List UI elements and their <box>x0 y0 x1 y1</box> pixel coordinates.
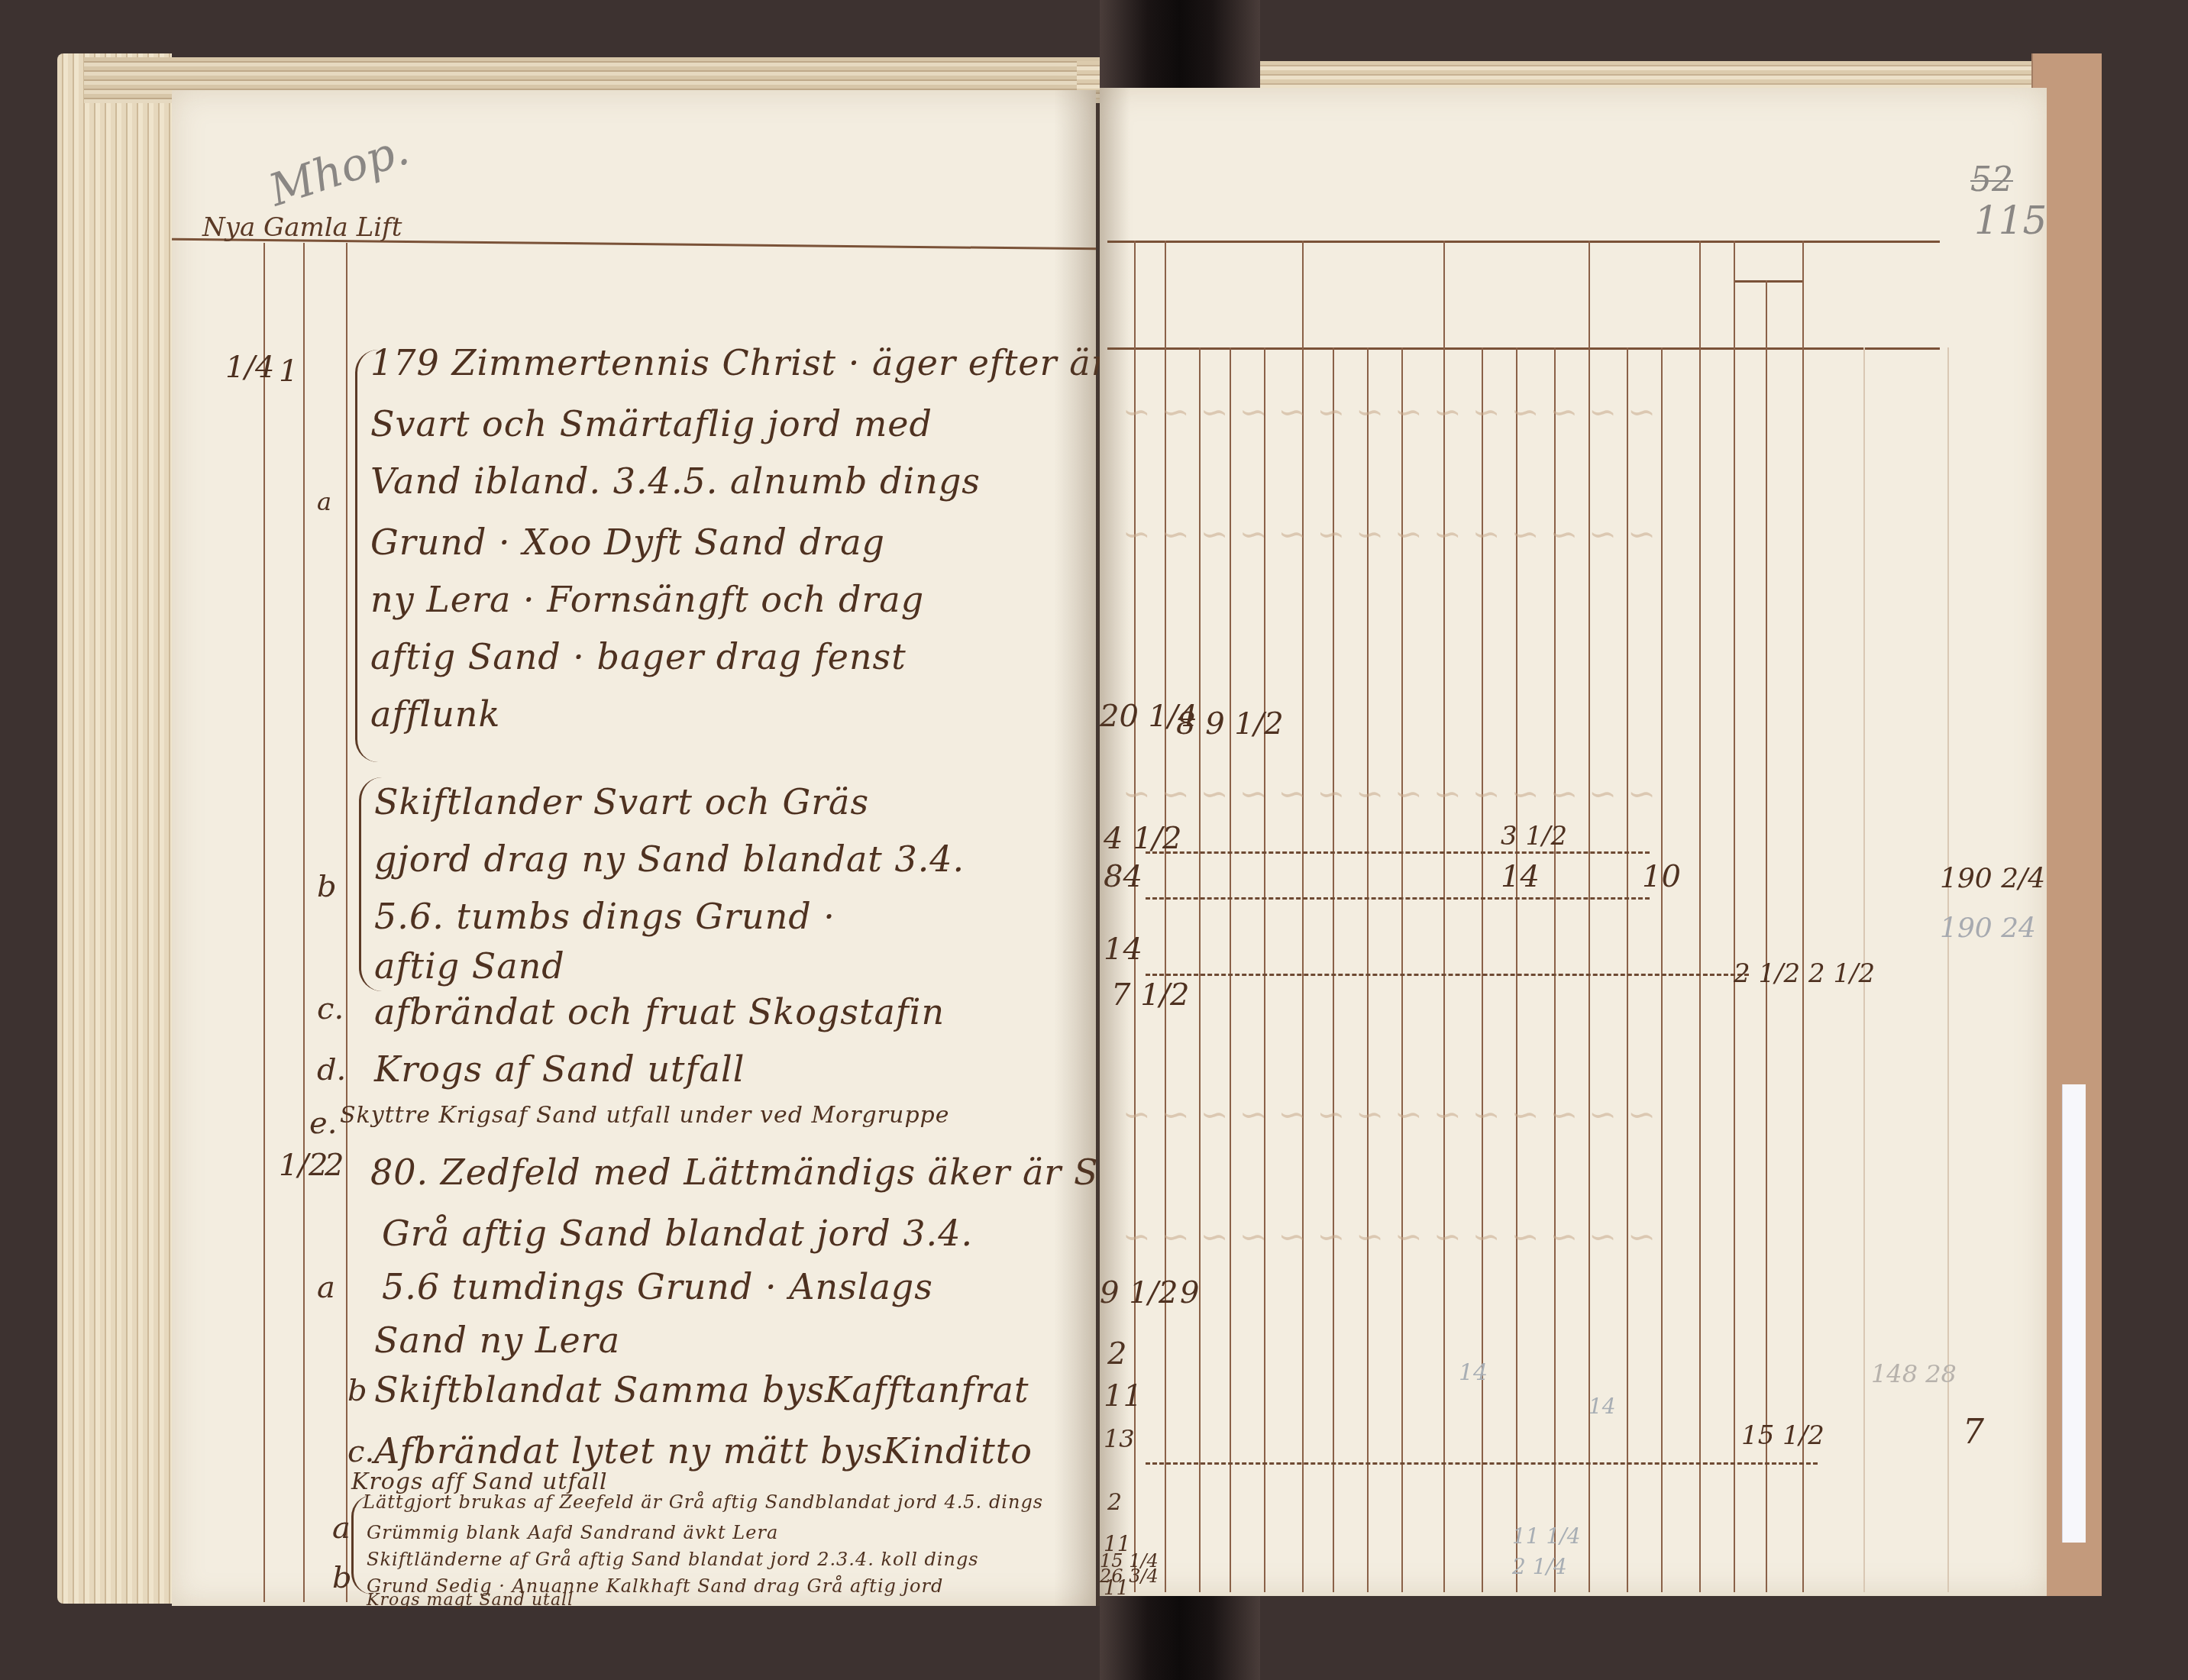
column-rule <box>1802 241 1804 1592</box>
folio-number-2: 115 <box>1974 199 2047 243</box>
folio-number: 52 <box>1970 160 2013 199</box>
column-number: 1 <box>279 354 298 389</box>
header-rule-top <box>1107 241 1940 243</box>
bleed-through: ~ ~ ~ ~ ~ ~ ~ ~ ~ ~ ~ ~ ~ ~ <box>1123 1218 1656 1257</box>
amount: 14 <box>1501 859 1540 894</box>
text-line: Skiftblandat Samma bysKafftanfrat <box>374 1369 1029 1410</box>
margin-total: 7 <box>1963 1413 1984 1452</box>
gutter-shadow <box>1100 88 1130 1596</box>
text-line: Grå aftig Sand blandat jord 3.4. <box>382 1213 973 1254</box>
text-line: gjord drag ny Sand blandat 3.4. <box>374 838 965 880</box>
leader-line <box>1146 851 1650 854</box>
bleed-through: ~ ~ ~ ~ ~ ~ ~ ~ ~ ~ ~ ~ ~ ~ <box>1123 515 1656 554</box>
left-page: Mhop. Nya Gamla Lift 1/4 1 a 179 Zimmert… <box>172 90 1096 1606</box>
sub-label: b <box>317 869 337 904</box>
text-line: afflunk <box>370 693 500 735</box>
bleed-through: ~ ~ ~ ~ ~ ~ ~ ~ ~ ~ ~ ~ ~ ~ <box>1123 1096 1656 1135</box>
column-rule <box>1443 241 1445 1592</box>
text-line: Lättgjort brukas af Zeefeld är Grå aftig… <box>363 1491 1043 1513</box>
page-edges-left <box>57 53 172 1604</box>
text-line: Grund · Xoo Dyft Sand drag <box>370 522 885 563</box>
column-rule <box>1302 241 1304 1592</box>
text-line: Vand ibland. 3.4.5. alnumb dings <box>370 460 981 502</box>
column-header: Nya Gamla Lift <box>202 212 402 243</box>
text-line: 5.6. tumbs dings Grund · <box>374 896 835 937</box>
leader-line <box>1146 897 1650 900</box>
amount: 9 <box>1180 1275 1199 1310</box>
pencil-amount: 14 <box>1459 1359 1488 1386</box>
bleed-through: ~ ~ ~ ~ ~ ~ ~ ~ ~ ~ ~ ~ ~ ~ <box>1123 393 1656 432</box>
amount: 2 1/2 2 1/2 <box>1734 958 1875 989</box>
text-line: 179 Zimmertennis Christ · äger efter är <box>370 342 1109 383</box>
pencil-amount: 2 1/4 <box>1512 1554 1567 1579</box>
text-line: 5.6 tumdings Grund · Anslags <box>382 1266 933 1307</box>
leader-line <box>1146 1462 1818 1465</box>
text-line: Skyttre Krigsaf Sand utfall under ved Mo… <box>340 1102 950 1129</box>
column-rule <box>1699 241 1701 1592</box>
column-rule <box>263 243 265 1602</box>
sub-label: a <box>332 1510 351 1546</box>
sub-label: b <box>332 1560 352 1595</box>
header-rule-bottom <box>1107 347 1940 350</box>
gutter-shadow <box>1054 90 1100 1606</box>
sub-label: d. <box>317 1052 346 1087</box>
amount: 8 9 1/2 <box>1176 706 1284 741</box>
column-rule <box>303 243 305 1602</box>
text-line: afbrändat och fruat Skogstafin <box>374 991 945 1032</box>
text-line: Skiftlander Svart och Gräs <box>374 781 869 822</box>
column-rule <box>1734 241 1735 1592</box>
text-line: Sand ny Lera <box>374 1320 620 1361</box>
header-box-rule <box>1734 280 1802 283</box>
margin-total: 190 24 <box>1940 913 2036 944</box>
text-line: Grümmig blank Aafd Sandrand ävkt Lera <box>367 1522 778 1543</box>
sub-label: c. <box>317 991 344 1026</box>
text-line: Svart och Smärtaflig jord med <box>370 403 932 444</box>
column-rule <box>1588 241 1590 1592</box>
text-line: aftig Sand <box>374 945 565 987</box>
text-line: ny Lera · Fornsängft och drag <box>370 579 924 620</box>
sub-label: e. <box>309 1106 337 1141</box>
amount: 3 1/2 <box>1501 821 1567 851</box>
column-rule <box>1165 241 1166 1592</box>
fraction: 1/4 <box>225 350 274 385</box>
amount: 10 <box>1642 859 1681 894</box>
leader-line <box>1146 974 1749 976</box>
right-page: 52 115 ~ ~ ~ ~ ~ ~ ~ ~ ~ ~ ~ ~ ~ ~ ~ ~ ~… <box>1100 88 2047 1596</box>
sub-label: b <box>347 1373 367 1408</box>
margin-total: 148 28 <box>1871 1359 1957 1388</box>
pencil-amount: 11 1/4 <box>1512 1523 1581 1549</box>
text-line: Skiftländerne af Grå aftig Sand blandat … <box>367 1549 979 1570</box>
bleed-through: ~ ~ ~ ~ ~ ~ ~ ~ ~ ~ ~ ~ ~ ~ <box>1123 775 1656 814</box>
pencil-note: Mhop. <box>263 123 415 217</box>
faint-rule <box>1947 347 1949 1592</box>
column-number: 2 <box>325 1148 344 1183</box>
amount: 15 1/2 <box>1741 1420 1824 1451</box>
text-line: Krogs af Sand utfall <box>374 1048 745 1090</box>
inserted-slip <box>2062 1084 2086 1543</box>
sub-label: a <box>317 487 331 516</box>
column-rule <box>1661 347 1663 1592</box>
text-line: aftig Sand · bager drag fenst <box>370 636 907 677</box>
text-line: Krogs magt Sand utall <box>367 1591 574 1610</box>
margin-total: 190 2/4 <box>1940 863 2045 894</box>
fraction: 1/2 <box>279 1148 328 1183</box>
pencil-amount: 14 <box>1588 1394 1616 1419</box>
sub-label: c. <box>347 1434 374 1469</box>
column-rule <box>1766 280 1767 1592</box>
text-line: Afbrändat lytet ny mätt bysKinditto <box>374 1430 1033 1472</box>
sub-label: a <box>317 1270 335 1305</box>
